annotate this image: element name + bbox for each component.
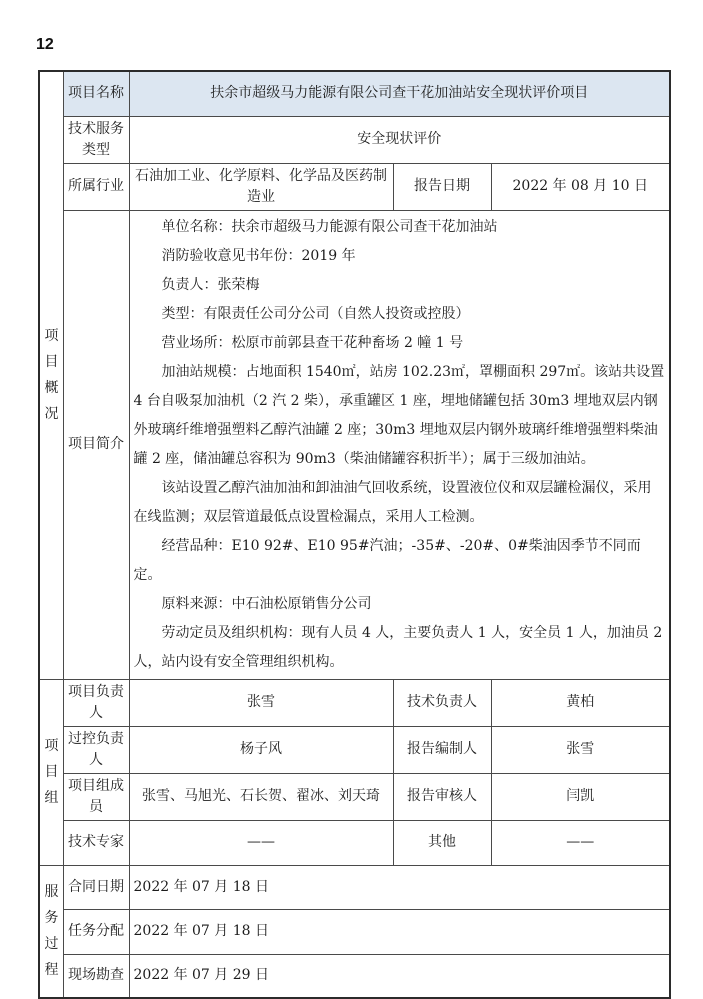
report-date-value: 2022 年 08 月 10 日 xyxy=(491,163,670,210)
row-project-name: 项目概况 项目名称 扶余市超级马力能源有限公司查干花加油站安全现状评价项目 xyxy=(39,71,670,116)
row-service-type: 技术服务类型 安全现状评价 xyxy=(39,116,670,163)
service-type-value: 安全现状评价 xyxy=(129,116,670,163)
row-site-survey: 现场勘查 2022 年 07 月 29 日 xyxy=(39,954,670,998)
other-value: —— xyxy=(491,820,670,865)
tech-leader-label: 技术负责人 xyxy=(393,679,491,726)
row-task-assignment: 任务分配 2022 年 07 月 18 日 xyxy=(39,909,670,954)
process-group-text: 服务过程 xyxy=(44,879,59,983)
row-industry: 所属行业 石油加工业、化学原料、化学品及医药制造业 报告日期 2022 年 08… xyxy=(39,163,670,210)
industry-label: 所属行业 xyxy=(63,163,129,210)
report-reviewer-value: 闫凯 xyxy=(491,773,670,820)
overview-group-text: 项目概况 xyxy=(44,323,59,427)
tech-expert-label: 技术专家 xyxy=(63,820,129,865)
page-number: 12 xyxy=(36,36,54,54)
tech-expert-value: —— xyxy=(129,820,393,865)
process-control-label: 过控负责人 xyxy=(63,726,129,773)
team-members-label: 项目组成员 xyxy=(63,773,129,820)
site-survey-value: 2022 年 07 月 29 日 xyxy=(129,954,670,998)
report-writer-label: 报告编制人 xyxy=(393,726,491,773)
team-group-text: 项目组 xyxy=(44,733,59,811)
brief-paragraph: 负责人：张荣梅 xyxy=(134,271,666,300)
report-reviewer-label: 报告审核人 xyxy=(393,773,491,820)
project-brief-label: 项目简介 xyxy=(63,210,129,679)
project-summary-table: 项目概况 项目名称 扶余市超级马力能源有限公司查干花加油站安全现状评价项目 技术… xyxy=(38,70,671,999)
report-writer-value: 张雪 xyxy=(491,726,670,773)
brief-paragraph: 消防验收意见书年份：2019 年 xyxy=(134,242,666,271)
row-project-leader: 项目组 项目负责人 张雪 技术负责人 黄柏 xyxy=(39,679,670,726)
report-date-label: 报告日期 xyxy=(393,163,491,210)
team-members-value: 张雪、马旭光、石长贺、翟冰、刘天琦 xyxy=(129,773,393,820)
row-tech-expert: 技术专家 —— 其他 —— xyxy=(39,820,670,865)
row-process-control: 过控负责人 杨子风 报告编制人 张雪 xyxy=(39,726,670,773)
group-label-process: 服务过程 xyxy=(39,865,63,998)
other-label: 其他 xyxy=(393,820,491,865)
brief-paragraph: 加油站规模：占地面积 1540㎡，站房 102.23㎡，罩棚面积 297㎡。该站… xyxy=(134,358,666,474)
group-label-overview: 项目概况 xyxy=(39,71,63,679)
project-leader-value: 张雪 xyxy=(129,679,393,726)
brief-paragraph: 经营品种：E10 92#、E10 95#汽油；-35#、-20#、0#柴油因季节… xyxy=(134,532,666,590)
contract-date-label: 合同日期 xyxy=(63,865,129,909)
brief-paragraph: 劳动定员及组织机构：现有人员 4 人，主要负责人 1 人，安全员 1 人，加油员… xyxy=(134,619,666,677)
project-leader-label: 项目负责人 xyxy=(63,679,129,726)
industry-value: 石油加工业、化学原料、化学品及医药制造业 xyxy=(129,163,393,210)
brief-paragraph: 单位名称：扶余市超级马力能源有限公司查干花加油站 xyxy=(134,213,666,242)
row-contract-date: 服务过程 合同日期 2022 年 07 月 18 日 xyxy=(39,865,670,909)
row-team-members: 项目组成员 张雪、马旭光、石长贺、翟冰、刘天琦 报告审核人 闫凯 xyxy=(39,773,670,820)
brief-paragraph: 营业场所：松原市前郭县查干花种畜场 2 幢 1 号 xyxy=(134,329,666,358)
row-project-brief: 项目简介 单位名称：扶余市超级马力能源有限公司查干花加油站 消防验收意见书年份：… xyxy=(39,210,670,679)
brief-paragraph: 该站设置乙醇汽油加油和卸油油气回收系统，设置液位仪和双层罐检漏仪，采用在线监测；… xyxy=(134,474,666,532)
service-type-label: 技术服务类型 xyxy=(63,116,129,163)
brief-paragraph: 类型：有限责任公司分公司（自然人投资或控股） xyxy=(134,300,666,329)
tech-leader-value: 黄柏 xyxy=(491,679,670,726)
project-brief-content: 单位名称：扶余市超级马力能源有限公司查干花加油站 消防验收意见书年份：2019 … xyxy=(129,210,670,679)
task-assignment-label: 任务分配 xyxy=(63,909,129,954)
contract-date-value: 2022 年 07 月 18 日 xyxy=(129,865,670,909)
site-survey-label: 现场勘查 xyxy=(63,954,129,998)
project-name-label: 项目名称 xyxy=(63,71,129,116)
process-control-value: 杨子风 xyxy=(129,726,393,773)
brief-paragraph: 原料来源：中石油松原销售分公司 xyxy=(134,590,666,619)
task-assignment-value: 2022 年 07 月 18 日 xyxy=(129,909,670,954)
group-label-team: 项目组 xyxy=(39,679,63,865)
project-name-value: 扶余市超级马力能源有限公司查干花加油站安全现状评价项目 xyxy=(129,71,670,116)
